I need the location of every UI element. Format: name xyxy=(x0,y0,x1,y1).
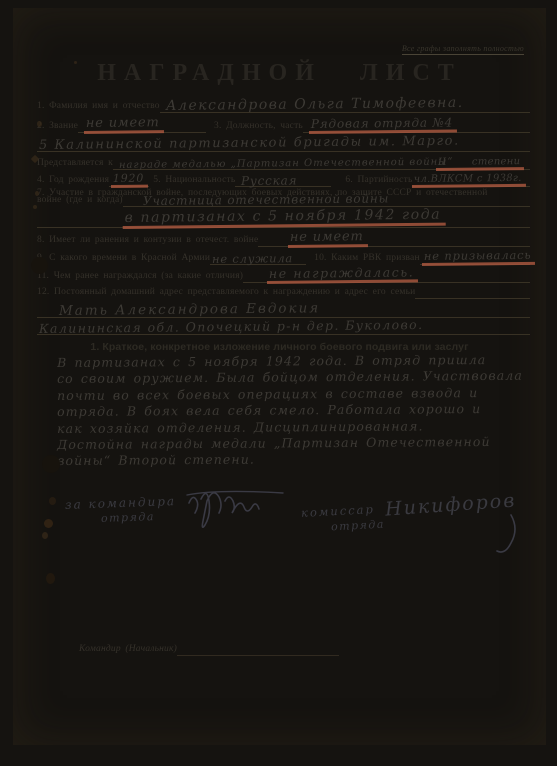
hole-punch xyxy=(31,257,48,274)
description-line: войны“ Второй степени. xyxy=(57,450,523,470)
field-name-line: Александрова Ольга Тимофеевна. xyxy=(160,94,530,113)
field-army-since-value: не служила xyxy=(212,251,293,266)
field-rvk-value: не призывалась xyxy=(422,248,536,266)
field-award-value: награде медалью „Партизан Отечественной … xyxy=(119,156,454,171)
field-position-value: Рядовая отряда №4 xyxy=(309,115,457,134)
field-name-value: Александрова Ольга Тимофеевна. xyxy=(166,95,464,114)
field-army-rvk-row: 9. С какого времени в Красной Армии не с… xyxy=(37,248,530,265)
field-party-line: чл.ВЛКСМ с 1938г. xyxy=(412,170,530,187)
commander-footer-line xyxy=(177,643,339,656)
field-army-since-line: не служила xyxy=(210,248,306,265)
field-position-line: Рядовая отряда №4 xyxy=(303,114,530,133)
field-award-degree: II степени xyxy=(435,156,524,171)
field-war-participation-line: Участница отечественной войны xyxy=(123,194,530,207)
field-address-row2: Мать Александрова Евдокия xyxy=(37,300,530,318)
commissar-role-line1: комиссар xyxy=(301,502,375,520)
paper-speck xyxy=(46,573,55,584)
document-page: Все графы заполнять полностью НАГРАДНОЙ … xyxy=(13,8,546,745)
field-birth-nationality-party-row: 4. Год рождения 1920 5. Национальность Р… xyxy=(37,170,530,187)
commander-footer-label: Командир (Начальник) xyxy=(79,644,177,656)
field-award-row: Представляется к награде медалью „Партиз… xyxy=(37,153,530,170)
field-nationality-label: 5. Национальность xyxy=(153,175,235,187)
field-partisan-since-line: в партизанах с 5 ноября 1942 года xyxy=(37,209,530,228)
acting-commander-role-line1: за командира xyxy=(65,494,177,512)
field-war-participation-label2: войне (где и когда) xyxy=(37,195,123,207)
commissar-signature-flourish xyxy=(491,513,521,558)
fill-all-fields-note: Все графы заполнять полностью xyxy=(402,44,524,55)
field-position-line2: 5 Калининской партизанской бригады им. М… xyxy=(37,134,530,152)
field-rank-label: 2. Звание xyxy=(37,121,78,133)
paper-speck xyxy=(33,205,37,209)
paper-speck xyxy=(37,121,42,127)
field-partisan-since-value: в партизанах с 5 ноября 1942 года xyxy=(122,207,445,229)
field-rank-position-row: 2. Звание не имеет 3. Должность, часть Р… xyxy=(37,114,530,133)
paper-speck xyxy=(35,191,39,196)
field-rvk-label: 10. Каким РВК призван xyxy=(314,253,420,265)
field-position-label: 3. Должность, часть xyxy=(214,121,303,133)
paper-speck xyxy=(74,61,77,64)
commander-signature-scribble xyxy=(181,485,291,530)
field-name-label: 1. Фамилия имя и отчество xyxy=(37,101,160,113)
field-address-label: 12. Постоянный домашний адрес представля… xyxy=(37,287,415,299)
field-birthyear-line: 1920 xyxy=(109,170,149,187)
field-nationality-value: Русская xyxy=(241,173,297,188)
field-rvk-line: не призывалась xyxy=(420,248,530,265)
field-address-line2: Мать Александрова Евдокия xyxy=(37,300,530,318)
field-wounds-row: 8. Имеет ли ранения и контузии в отечест… xyxy=(37,228,530,247)
paper-speck xyxy=(44,519,53,528)
field-prev-awards-line: не награждалась. xyxy=(243,266,530,283)
field-award-line: награде медалью „Партизан Отечественной … xyxy=(113,153,530,170)
acting-commander-role-line2: отряда xyxy=(101,510,155,525)
field-party-value: чл.ВЛКСМ с 1938г. xyxy=(412,173,526,188)
field-wounds-label: 8. Имеет ли ранения и контузии в отечест… xyxy=(37,235,258,247)
field-partisan-since-row: в партизанах с 5 ноября 1942 года xyxy=(37,209,530,228)
field-address-value: Мать Александрова Евдокия xyxy=(59,300,320,319)
field-rank-line: не имеет xyxy=(78,114,206,133)
field-address-row: 12. Постоянный домашний адрес представля… xyxy=(37,285,530,299)
field-prev-awards-value: не награждалась. xyxy=(267,264,419,284)
field-prev-awards-row: 11. Чем ранее награждался (за какие отли… xyxy=(37,266,530,283)
hole-punch xyxy=(42,455,60,473)
field-address-line xyxy=(415,285,530,299)
field-war-participation-row: войне (где и когда) Участница отечествен… xyxy=(37,194,530,207)
field-war-participation-value: Участница отечественной войны xyxy=(143,191,389,208)
field-party-label: 6. Партийность xyxy=(345,175,412,187)
field-wounds-value: не имеет xyxy=(288,229,368,248)
commissar-role-line2: отряда xyxy=(331,518,386,534)
field-address-row3: Калининская обл. Опочецкий р-н дер. Буко… xyxy=(37,319,530,335)
field-army-since-label: 9. С какого времени в Красной Армии xyxy=(37,253,210,265)
paper-speck xyxy=(42,532,48,539)
field-position-value2: 5 Калининской партизанской бригады им. М… xyxy=(39,134,460,153)
commander-footer-row: Командир (Начальник) xyxy=(79,643,339,656)
document-title: НАГРАДНОЙ ЛИСТ xyxy=(13,60,546,87)
field-rank-value: не имеет xyxy=(84,115,164,134)
field-address-value2: Калининская обл. Опочецкий р-н дер. Буко… xyxy=(39,317,424,336)
field-award-label: Представляется к xyxy=(37,158,113,170)
field-position-row2: 5 Калининской партизанской бригады им. М… xyxy=(37,134,530,152)
paper-speck xyxy=(49,497,56,505)
scanned-award-document: { "page": { "note": "Все графы заполнять… xyxy=(0,0,557,766)
field-birthyear-label: 4. Год рождения xyxy=(37,175,109,187)
field-birthyear-value: 1920 xyxy=(111,172,148,188)
field-prev-awards-label: 11. Чем ранее награждался (за какие отли… xyxy=(37,271,243,283)
field-nationality-line: Русская xyxy=(235,170,331,187)
section1-description: В партизанах с 5 ноября 1942 года. В отр… xyxy=(57,355,523,470)
field-address-line3: Калининская обл. Опочецкий р-н дер. Буко… xyxy=(37,319,530,335)
field-name-row: 1. Фамилия имя и отчество Александрова О… xyxy=(37,94,530,113)
field-wounds-line: не имеет xyxy=(258,228,530,247)
